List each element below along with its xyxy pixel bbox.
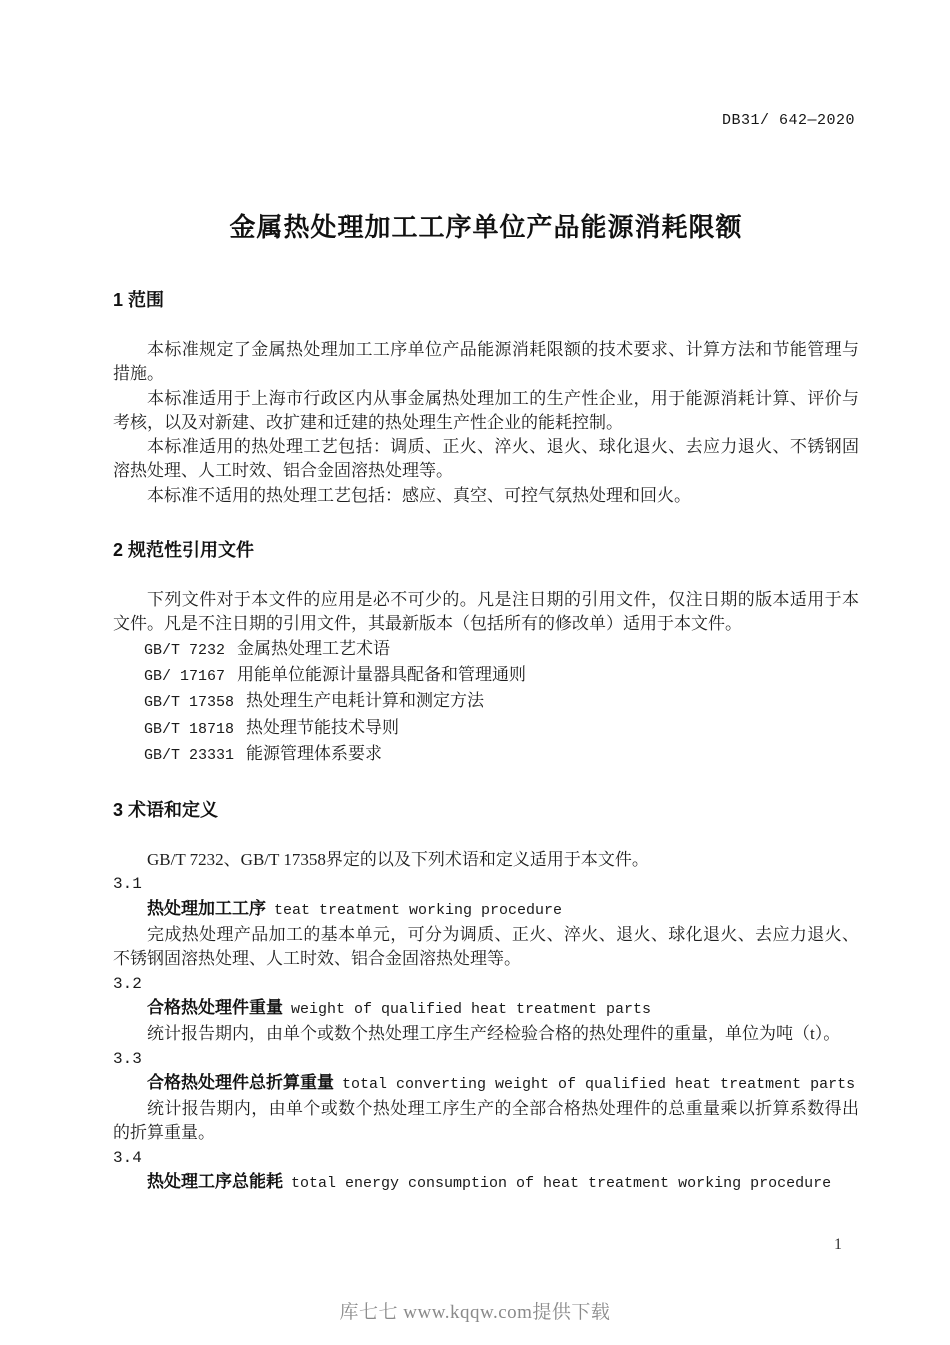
section-2-intro: 下列文件对于本文件的应用是必不可少的。凡是注日期的引用文件，仅注日期的版本适用于…	[113, 588, 859, 637]
term-chinese: 热处理工序总能耗	[147, 1172, 283, 1191]
term-chinese: 合格热处理件总折算重量	[147, 1073, 334, 1092]
reference-code: GB/T 18718	[144, 721, 234, 738]
document-page: DB31/ 642—2020 金属热处理加工工序单位产品能源消耗限额 1 范围 …	[0, 0, 950, 1345]
standard-number: DB31/ 642—2020	[722, 112, 855, 129]
document-body: 1 范围 本标准规定了金属热处理加工工序单位产品能源消耗限额的技术要求、计算方法…	[113, 288, 859, 1196]
reference-code: GB/T 23331	[144, 747, 234, 764]
term-english: weight of qualified heat treatment parts	[291, 1001, 651, 1018]
reference-title: 热处理生产电耗计算和测定方法	[246, 691, 484, 710]
section-1-paragraph: 本标准不适用的热处理工艺包括：感应、真空、可控气氛热处理和回火。	[113, 484, 859, 508]
term-number: 3.1	[113, 872, 859, 896]
term-number: 3.4	[113, 1146, 859, 1170]
reference-item: GB/T 17358热处理生产电耗计算和测定方法	[144, 689, 859, 715]
section-3-heading: 3 术语和定义	[113, 798, 859, 822]
term-title: 热处理工序总能耗total energy consumption of heat…	[147, 1170, 859, 1196]
term-number: 3.3	[113, 1047, 859, 1071]
reference-code: GB/T 7232	[144, 642, 225, 659]
term-definition: 完成热处理产品加工的基本单元，可分为调质、正火、淬火、退火、球化退火、去应力退火…	[113, 923, 859, 972]
reference-title: 能源管理体系要求	[246, 744, 382, 763]
reference-item: GB/T 23331能源管理体系要求	[144, 742, 859, 768]
term-chinese: 合格热处理件重量	[147, 998, 283, 1017]
reference-title: 金属热处理工艺术语	[237, 639, 390, 658]
reference-code: GB/T 17358	[144, 694, 234, 711]
term-english: total converting weight of qualified hea…	[342, 1076, 855, 1093]
reference-item: GB/ 17167用能单位能源计量器具配备和管理通则	[144, 663, 859, 689]
section-3-intro: GB/T 7232、GB/T 17358界定的以及下列术语和定义适用于本文件。	[113, 848, 859, 872]
section-1-paragraph: 本标准适用的热处理工艺包括：调质、正火、淬火、退火、球化退火、去应力退火、不锈钢…	[113, 435, 859, 484]
watermark-footer: 库七七 www.kqqw.com提供下载	[0, 1297, 950, 1324]
term-title: 合格热处理件重量weight of qualified heat treatme…	[147, 996, 859, 1022]
section-1-paragraph: 本标准规定了金属热处理加工工序单位产品能源消耗限额的技术要求、计算方法和节能管理…	[113, 338, 859, 387]
term-title: 合格热处理件总折算重量total converting weight of qu…	[147, 1071, 859, 1097]
term-english: teat treatment working procedure	[274, 902, 562, 919]
reference-item: GB/T 7232金属热处理工艺术语	[144, 637, 859, 663]
section-1-heading: 1 范围	[113, 288, 859, 312]
section-2-heading: 2 规范性引用文件	[113, 538, 859, 562]
term-english: total energy consumption of heat treatme…	[291, 1175, 831, 1192]
term-chinese: 热处理加工工序	[147, 899, 266, 918]
document-title: 金属热处理加工工序单位产品能源消耗限额	[113, 207, 859, 244]
normative-reference-list: GB/T 7232金属热处理工艺术语 GB/ 17167用能单位能源计量器具配备…	[144, 637, 859, 768]
reference-item: GB/T 18718热处理节能技术导则	[144, 716, 859, 742]
term-title: 热处理加工工序teat treatment working procedure	[147, 897, 859, 923]
page-number: 1	[834, 1236, 842, 1254]
reference-code: GB/ 17167	[144, 668, 225, 685]
term-definition: 统计报告期内，由单个或数个热处理工序生产经检验合格的热处理件的重量，单位为吨（t…	[113, 1022, 859, 1046]
reference-title: 热处理节能技术导则	[246, 718, 399, 737]
section-1-paragraph: 本标准适用于上海市行政区内从事金属热处理加工的生产性企业，用于能源消耗计算、评价…	[113, 387, 859, 436]
term-definition: 统计报告期内，由单个或数个热处理工序生产的全部合格热处理件的总重量乘以折算系数得…	[113, 1097, 859, 1146]
reference-title: 用能单位能源计量器具配备和管理通则	[237, 665, 526, 684]
term-number: 3.2	[113, 972, 859, 996]
